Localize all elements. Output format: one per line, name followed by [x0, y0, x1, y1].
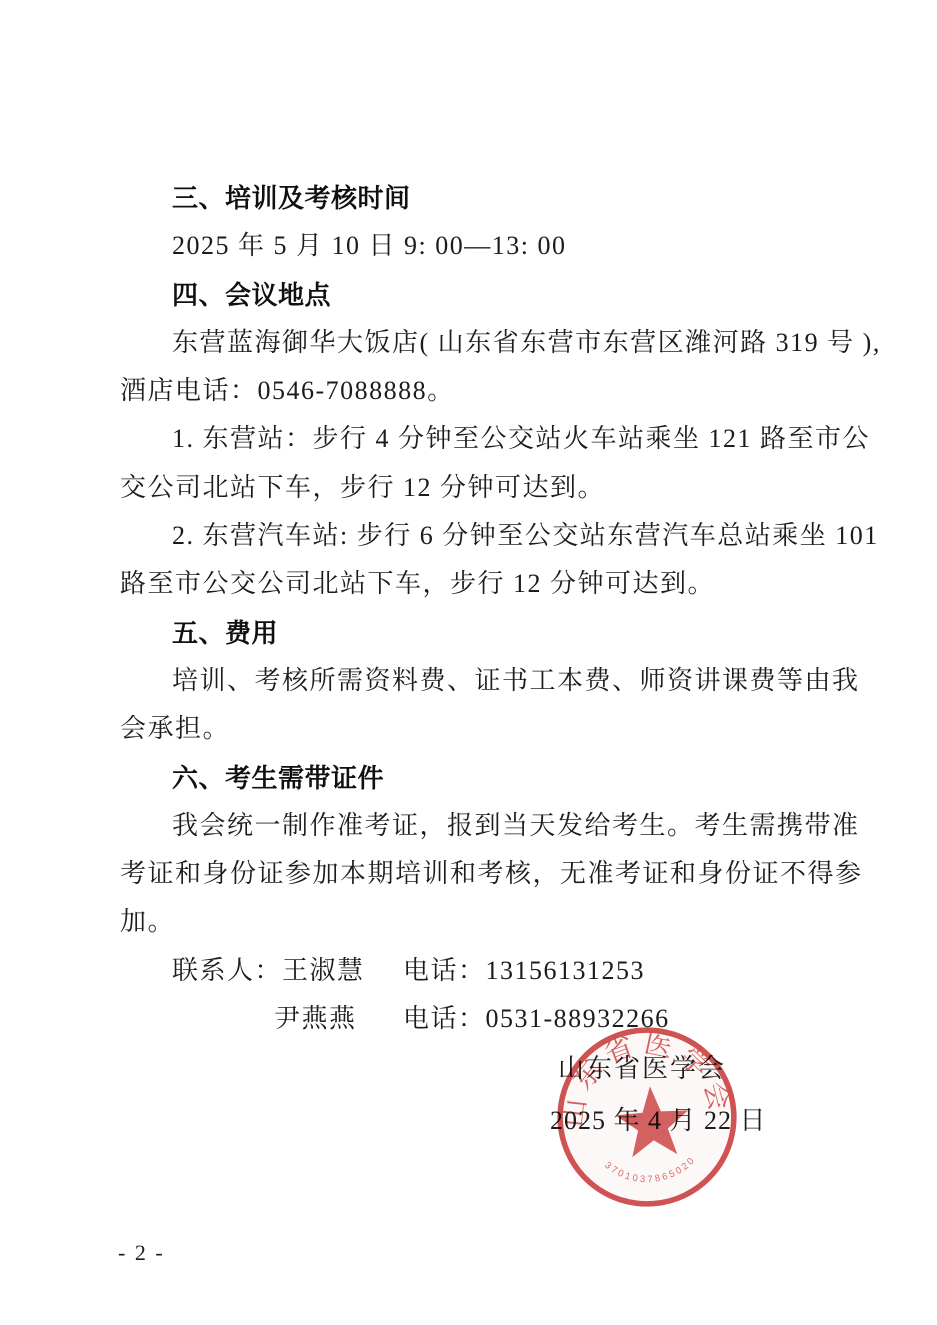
body-line: 酒店电话：0546-7088888。 — [120, 367, 834, 415]
body-line: 1. 东营站：步行 4 分钟至公交站火车站乘坐 121 路至市公 — [120, 415, 834, 463]
body-line: 会承担。 — [120, 705, 834, 753]
body-line: 交公司北站下车，步行 12 分钟可达到。 — [120, 464, 834, 512]
section-heading: 三、培训及考核时间 — [120, 174, 834, 222]
section-heading: 六、考生需带证件 — [120, 754, 834, 802]
body-line: 东营蓝海御华大饭店( 山东省东营市东营区潍河路 319 号 ), — [120, 319, 834, 367]
body-line: 2025 年 5 月 10 日 9: 00—13: 00 — [120, 222, 834, 270]
body-line: 路至市公交公司北站下车，步行 12 分钟可达到。 — [120, 560, 834, 608]
body-line: 我会统一制作准考证，报到当天发给考生。考生需携带准 — [120, 802, 834, 850]
contact-name: 联系人：王淑慧 — [172, 947, 365, 995]
section-heading: 四、会议地点 — [120, 271, 834, 319]
page-number: - 2 - — [118, 1240, 165, 1266]
body-line: 2. 东营汽车站: 步行 6 分钟至公交站东营汽车总站乘坐 101 — [120, 512, 834, 560]
contact-line: 联系人：王淑慧电话：13156131253 — [120, 947, 834, 995]
body-line: 培训、考核所需资料费、证书工本费、师资讲课费等由我 — [120, 657, 834, 705]
official-seal: 山东省医学会 3701037865020 — [539, 1009, 755, 1225]
document-page: 三、培训及考核时间2025 年 5 月 10 日 9: 00—13: 00四、会… — [0, 0, 937, 1325]
contact-name: 尹燕燕 — [274, 995, 357, 1043]
section-heading: 五、费用 — [120, 609, 834, 657]
body-line: 加。 — [120, 898, 834, 946]
document-body: 三、培训及考核时间2025 年 5 月 10 日 9: 00—13: 00四、会… — [120, 174, 834, 1043]
contact-phone: 电话：13156131253 — [403, 947, 645, 995]
body-line: 考证和身份证参加本期培训和考核，无准考证和身份证不得参 — [120, 850, 834, 898]
